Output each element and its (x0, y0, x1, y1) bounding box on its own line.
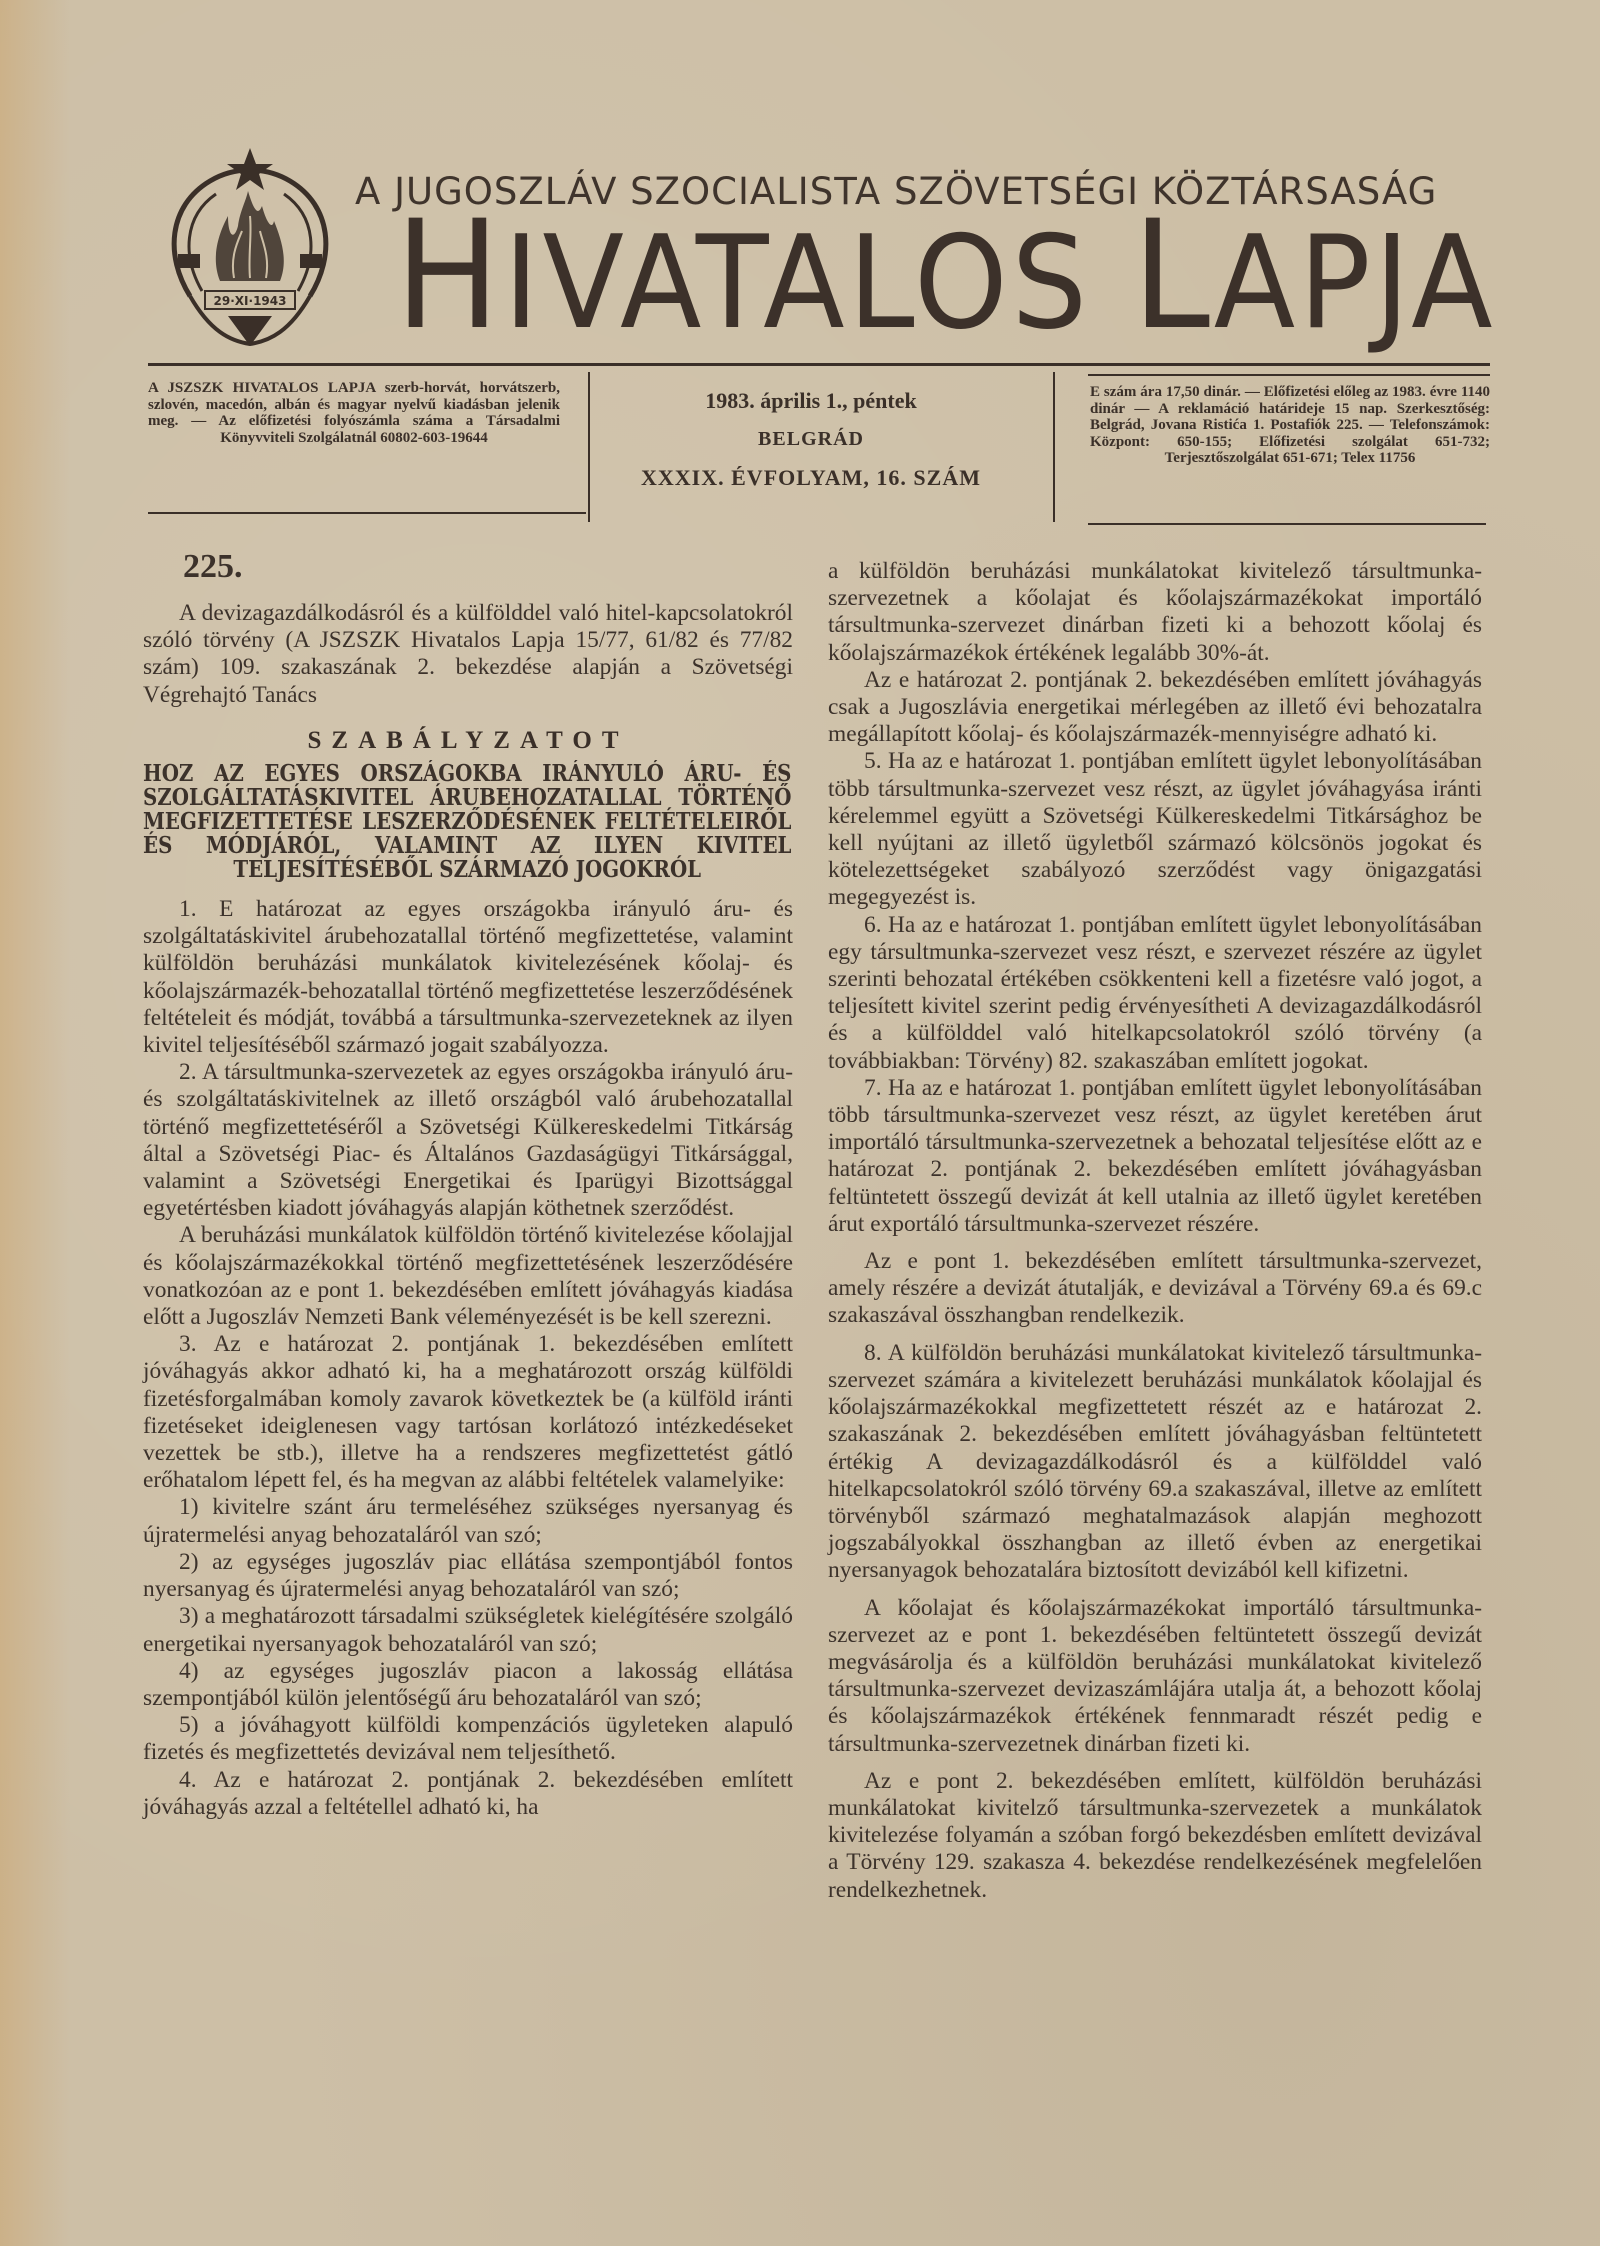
paragraph: 5. Ha az e határozat 1. pontjában említe… (828, 748, 1482, 911)
divider (1088, 374, 1490, 376)
paragraph: Az e határozat 2. pontjának 2. bekezdésé… (828, 667, 1482, 749)
issue-number: XXXIX. ÉVFOLYAM, 16. SZÁM (576, 465, 1046, 491)
issue-city: BELGRÁD (576, 428, 1046, 451)
price-contact-info: E szám ára 17,50 dinár. — Előfizetési el… (1090, 384, 1490, 467)
paragraph: A beruházási munkálatok külföldön történ… (143, 1222, 793, 1331)
paragraph: 1. E határozat az egyes országokba irány… (143, 896, 793, 1059)
list-item: 5) a jóváhagyott külföldi kompenzációs ü… (143, 1712, 793, 1766)
paragraph: a külföldön beruházási munkálatokat kivi… (828, 558, 1482, 667)
article-number: 225. (183, 550, 793, 584)
preamble: A devizagazdálkodásról és a külfölddel v… (143, 600, 793, 709)
state-emblem-icon: 29·XI·1943 (150, 146, 350, 356)
right-column: a külföldön beruházási munkálatokat kivi… (828, 558, 1482, 1904)
info-strip: A JSZSZK HIVATALOS LAPJA szerb-horvát, h… (148, 372, 1490, 522)
paragraph: 8. A külföldön beruházási munkálatokat k… (828, 1340, 1482, 1585)
paragraph: 7. Ha az e határozat 1. pontjában említe… (828, 1075, 1482, 1238)
list-item: 2) az egységes jugoszláv piac ellátása s… (143, 1549, 793, 1603)
list-item: 1) kivitelre szánt áru termeléséhez szük… (143, 1494, 793, 1548)
paragraph: Az e pont 2. bekezdésében említett, külf… (828, 1768, 1482, 1904)
divider (1088, 523, 1486, 525)
divider (148, 512, 586, 514)
publication-title: HIVATALOS LAPJA (395, 206, 1418, 354)
left-column: 225. A devizagazdálkodásról és a külföld… (143, 550, 793, 1821)
paragraph: 2. A társultmunka-szervezetek az egyes o… (143, 1059, 793, 1222)
regulation-title: HOZ AZ EGYES ORSZÁGOKBA IRÁNYULÓ ÁRU- ÉS… (143, 762, 791, 882)
masthead: 29·XI·1943 A JUGOSZLÁV SZOCIALISTA SZÖVE… (150, 140, 1490, 365)
paragraph: 3. Az e határozat 2. pontjának 1. bekezd… (143, 1331, 793, 1494)
paragraph: A kőolajat és kőolajszármazékokat import… (828, 1595, 1482, 1758)
publication-info: A JSZSZK HIVATALOS LAPJA szerb-horvát, h… (148, 380, 560, 446)
paragraph: 6. Ha az e határozat 1. pontjában említe… (828, 912, 1482, 1075)
paragraph: Az e pont 1. bekezdésében említett társu… (828, 1248, 1482, 1330)
document-type-heading: SZABÁLYZATOT (143, 727, 793, 754)
list-item: 4) az egységes jugoszláv piacon a lakoss… (143, 1658, 793, 1712)
paragraph: 4. Az e határozat 2. pontjának 2. bekezd… (143, 1767, 793, 1821)
newspaper-page: 29·XI·1943 A JUGOSZLÁV SZOCIALISTA SZÖVE… (0, 0, 1600, 2246)
masthead-rule (148, 363, 1490, 366)
divider (1053, 372, 1055, 522)
svg-text:29·XI·1943: 29·XI·1943 (214, 294, 287, 308)
list-item: 3) a meghatározott társadalmi szükséglet… (143, 1603, 793, 1657)
issue-info: 1983. április 1., péntek BELGRÁD XXXIX. … (576, 382, 1046, 491)
issue-date: 1983. április 1., péntek (576, 388, 1046, 414)
